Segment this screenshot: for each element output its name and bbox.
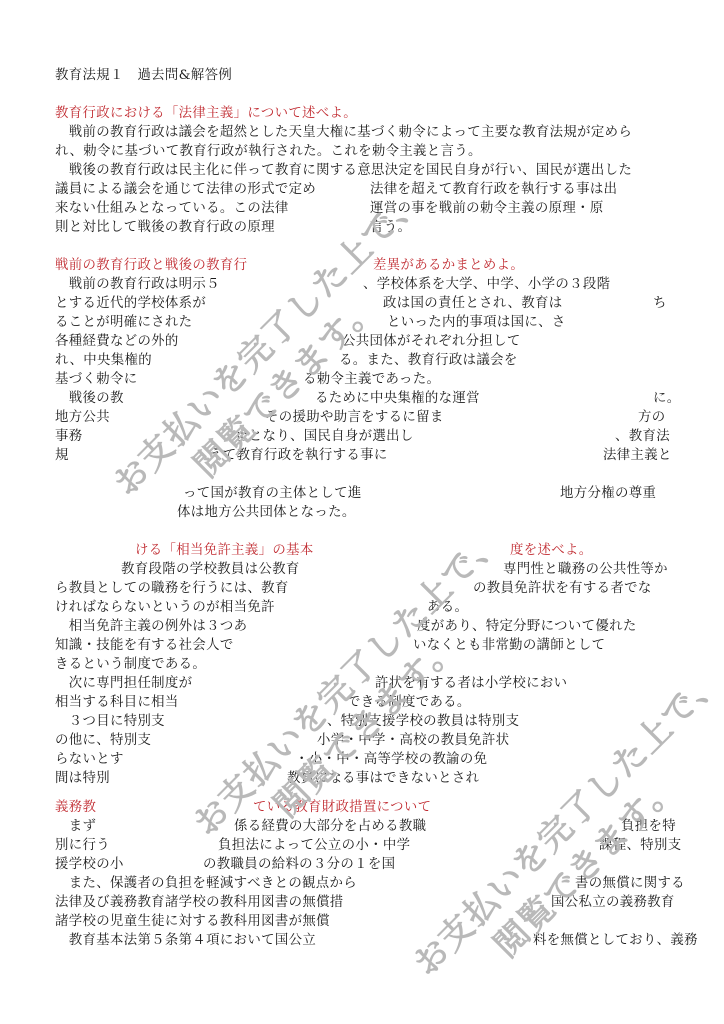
text-segment: 法律主義と — [603, 446, 672, 465]
text-segment: 度があり、特定分野について優れた — [417, 617, 637, 636]
text-segment: る。また、教育行政は議会を — [339, 351, 518, 370]
text-segment: 、特別支援学校の教員は特別支 — [327, 712, 519, 731]
text-segment: 料を無償としており、義務 — [533, 931, 698, 950]
text-segment: 負担を特 — [621, 817, 676, 836]
text-segment: の教職員の給料の３分の１を国 — [203, 855, 395, 874]
text-segment: って国が教育の主体として進 — [183, 484, 362, 503]
text-segment: 法律を超えて教育行政を執行する事は出 — [370, 180, 617, 199]
text-segment: の他に、特別支 — [55, 731, 151, 750]
text-segment: 、学校体系を大学、中学、小学の３段階 — [363, 275, 610, 294]
heading-segment: 戦前の教育行政と戦後の教育行 — [55, 256, 247, 275]
text-segment: 負担法によって公立の小・中学 — [218, 836, 410, 855]
text-segment: いなくとも非常勤の講師として — [413, 636, 605, 655]
section-1-line: 戦前の教育行政は議会を超然とした天皇大権に基づく勅令によって主要な教育法規が定め… — [55, 123, 670, 142]
text-segment: 相当免許主義の例外は３つあ — [55, 617, 247, 636]
text-segment: 別に行う — [55, 836, 110, 855]
text-segment: きるという制度である。 — [55, 655, 206, 674]
heading-segment: 差異があるかまとめよ。 — [373, 256, 524, 275]
text-segment: 専門性と職務の公共性等か — [503, 560, 668, 579]
text-segment: まず — [55, 817, 96, 836]
text-segment: 課程、特別支 — [599, 836, 681, 855]
section-1-line: れ、勅令に基づいて教育行政が執行された。これを勅令主義と言う。 — [55, 142, 670, 161]
text-segment: 来ない仕組みとなっている。この法律 — [55, 199, 289, 218]
text-segment: 方の — [638, 408, 665, 427]
text-segment: 許状を有する者は小学校におい — [375, 674, 567, 693]
text-segment: ・小・中・高等学校の教諭の免 — [295, 750, 487, 769]
text-segment: 援学校の小 — [55, 855, 124, 874]
text-segment: 法律及び義務教育諸学校の教科用図書の無償措 — [55, 893, 344, 912]
text-segment: 次に専門担任制度が — [55, 674, 192, 693]
text-segment: 議員による議会を通じて法律の形式で定め — [55, 180, 316, 199]
text-segment: れ、中央集権的 — [55, 351, 152, 370]
text-segment: といった内的事項は国に、さ — [387, 313, 566, 332]
text-segment: 政は国の責任とされ、教育は — [383, 294, 562, 313]
text-segment: 言う。 — [370, 218, 411, 237]
text-segment: できる制度である。 — [347, 693, 471, 712]
text-segment: る勅令主義であった。 — [303, 370, 440, 389]
text-segment: 書の無償に関する — [575, 874, 685, 893]
text-segment: ち — [653, 294, 667, 313]
text-segment: 国公私立の義務教育 — [551, 893, 675, 912]
text-segment: ければならないというのが相当免許 — [55, 598, 275, 617]
text-segment: 教員になる事はできないとされ — [287, 769, 479, 788]
text-segment: 地方分権の尊重 — [560, 484, 656, 503]
text-segment: 、教育法 — [615, 427, 670, 446]
text-segment: 公共団体がそれぞれ分担して — [342, 332, 521, 351]
text-segment: 小学・中学・高校の教員免許状 — [317, 731, 509, 750]
text-segment: 事務 — [55, 427, 82, 446]
heading-segment: 義務教 — [55, 798, 96, 817]
text-segment: えて教育行政を執行する事に — [209, 446, 388, 465]
section-1-heading: 教育行政における「法律主義」について述べよ。 — [55, 104, 670, 123]
text-segment: 教育段階の学校教員は公教育 — [121, 560, 300, 579]
text-segment: ３つ目に特別支 — [55, 712, 165, 731]
text-segment: また、保護者の負担を軽減すべきとの観点から — [55, 874, 357, 893]
text-segment: の教員免許状を有する者でな — [473, 579, 652, 598]
text-segment: 係る経費の大部分を占める教職 — [234, 817, 426, 836]
text-segment: ら教員としての職務を行うには、教育 — [55, 579, 289, 598]
text-segment: 則と対比して戦後の教育行政の原理 — [55, 218, 275, 237]
text-segment: 教育基本法第５条第４項において国公立 — [55, 931, 316, 950]
text-segment: とする近代的学校体系が — [55, 294, 206, 313]
text-segment: 基づく勅令に — [55, 370, 137, 389]
text-segment: 止となり、国民自身が選出し — [235, 427, 414, 446]
text-segment: その援助や助言をするに留ま — [265, 408, 444, 427]
text-segment: らないとす — [55, 750, 124, 769]
text-segment: 地方公共 — [55, 408, 110, 427]
text-segment: 戦前の教育行政は明示５ — [55, 275, 220, 294]
document-page: 教育法規１ 過去問&解答例 教育行政における「法律主義」について述べよ。 戦前の… — [0, 0, 724, 1024]
text-segment: 知識・技能を有する社会人で — [55, 636, 234, 655]
text-segment: 間は特別 — [55, 769, 110, 788]
text-segment: 諸学校の児童生徒に対する教科用図書が無償 — [55, 912, 330, 931]
heading-segment: ける「相当免許主義」の基本 — [135, 541, 314, 560]
text-segment: るために中央集権的な運営 — [315, 389, 480, 408]
text-segment: に。 — [653, 389, 680, 408]
text-segment: 戦後の教 — [55, 389, 124, 408]
text-segment: 規 — [55, 446, 69, 465]
text-segment: 各種経費などの外的 — [55, 332, 179, 351]
text-segment: 相当する科目に相当 — [55, 693, 179, 712]
text-segment: 運営の事を戦前の勅令主義の原理・原 — [370, 199, 604, 218]
text-segment: ある。 — [427, 598, 468, 617]
section-1-line: 戦後の教育行政は民主化に伴って教育に関する意思決定を国民自身が行い、国民が選出し… — [55, 161, 670, 180]
text-segment: ることが明確にされた — [55, 313, 192, 332]
heading-segment: ている教育財政措置について — [253, 798, 431, 817]
heading-segment: 度を述べよ。 — [510, 541, 592, 560]
text-segment: 体は地方公共団体となった。 — [177, 503, 356, 522]
document-title: 教育法規１ 過去問&解答例 — [55, 66, 670, 85]
